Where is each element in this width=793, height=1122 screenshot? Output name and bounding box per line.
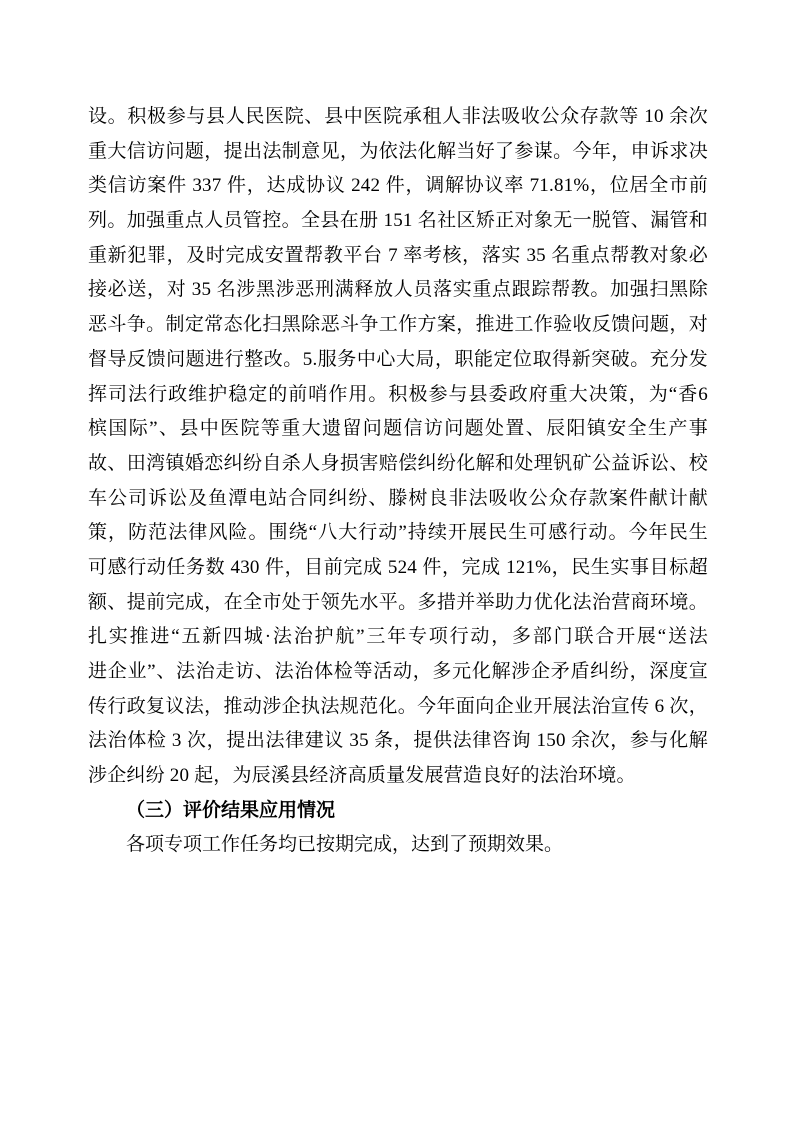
text-line: 类信访案件 337 件，达成协议 242 件，调解协议率 71.81%，位居全市… [88, 169, 708, 204]
text-line: 挥司法行政维护稳定的前哨作用。积极参与县委政府重大决策，为“香6 [88, 378, 708, 413]
document-page: 设。积极参与县人民医院、县中医院承租人非法吸收公众存款等 10 余次 重大信访问… [0, 0, 793, 1122]
text-body: 设。积极参与县人民医院、县中医院承租人非法吸收公众存款等 10 余次 重大信访问… [88, 100, 708, 863]
section-heading: （三）评价结果应用情况 [88, 794, 708, 829]
text-line: 故、田湾镇婚恋纠纷自杀人身损害赔偿纠纷化解和处理钒矿公益诉讼、校 [88, 447, 708, 482]
text-line: 进企业”、法治走访、法治体检等活动，多元化解涉企矛盾纠纷，深度宣 [88, 655, 708, 690]
text-line: 可感行动任务数 430 件，目前完成 524 件，完成 121%，民生实事目标超 [88, 551, 708, 586]
text-line: 恶斗争。制定常态化扫黑除恶斗争工作方案，推进工作验收反馈问题，对 [88, 308, 708, 343]
text-line: 接必送，对 35 名涉黑涉恶刑满释放人员落实重点跟踪帮教。加强扫黑除 [88, 273, 708, 308]
text-line: 督导反馈问题进行整改。5.服务中心大局，职能定位取得新突破。充分发 [88, 343, 708, 378]
text-line: 车公司诉讼及鱼潭电站合同纠纷、滕树良非法吸收公众存款案件献计献 [88, 482, 708, 517]
text-line: 涉企纠纷 20 起，为辰溪县经济高质量发展营造良好的法治环境。 [88, 759, 708, 794]
closing-paragraph: 各项专项工作任务均已按期完成，达到了预期效果。 [88, 828, 708, 863]
text-line: 重大信访问题，提出法制意见，为依法化解当好了参谋。今年，申诉求决 [88, 135, 708, 170]
text-line: 策，防范法律风险。围绕“八大行动”持续开展民生可感行动。今年民生 [88, 516, 708, 551]
text-line: 扎实推进“五新四城·法治护航”三年专项行动，多部门联合开展“送法 [88, 620, 708, 655]
text-line: 额、提前完成，在全市处于领先水平。多措并举助力优化法治营商环境。 [88, 586, 708, 621]
text-line: 设。积极参与县人民医院、县中医院承租人非法吸收公众存款等 10 余次 [88, 100, 708, 135]
text-line: 槟国际”、县中医院等重大遗留问题信访问题处置、辰阳镇安全生产事 [88, 412, 708, 447]
text-line: 重新犯罪，及时完成安置帮教平台 7 率考核，落实 35 名重点帮教对象必 [88, 239, 708, 274]
text-line: 法治体检 3 次，提出法律建议 35 条，提供法律咨询 150 余次，参与化解 [88, 724, 708, 759]
text-line: 传行政复议法，推动涉企执法规范化。今年面向企业开展法治宣传 6 次， [88, 690, 708, 725]
text-line: 列。加强重点人员管控。全县在册 151 名社区矫正对象无一脱管、漏管和 [88, 204, 708, 239]
